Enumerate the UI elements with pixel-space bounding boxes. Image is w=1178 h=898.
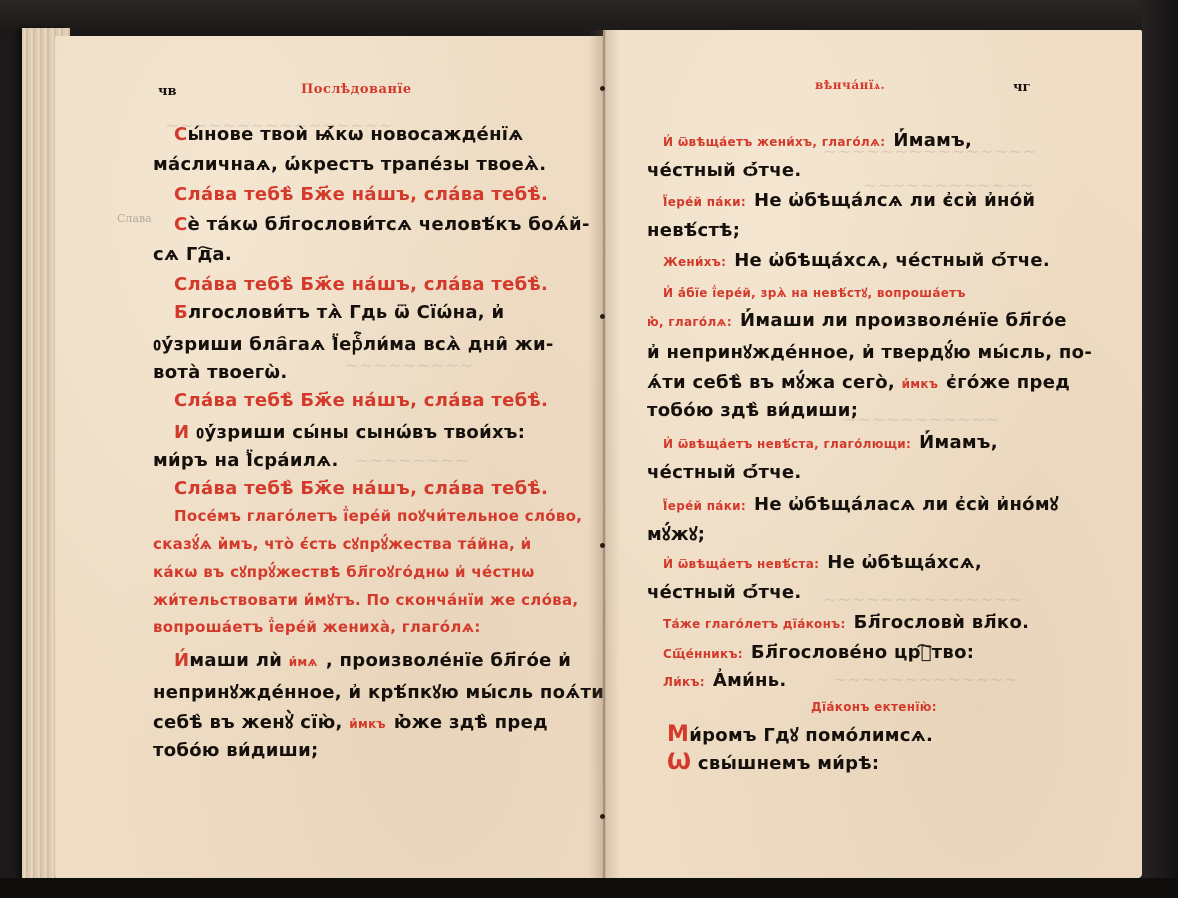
drop-initial: И bbox=[174, 422, 189, 443]
backdrop-bottom bbox=[0, 878, 1178, 898]
text-line: Ї҆ере́й па́ки:Не ѡ҆бѣща́ласѧ ли є҆сѝ и҆н… bbox=[663, 492, 1059, 516]
inline-rubric: Та́же глаго́летъ дїа́конъ: bbox=[663, 617, 846, 631]
text-line: Ми́ромъ Гдꙋ помо́лимсѧ. bbox=[667, 722, 933, 747]
text-line: Ї҆ере́й па́ки:Не ѡ҆бѣща́лсѧ ли є҆сѝ и҆но… bbox=[663, 190, 1035, 211]
bleed-through-margin-note: Слава bbox=[117, 212, 152, 225]
text-line: тобо́ю ви́диши; bbox=[153, 740, 318, 761]
inline-rubric: Ї҆ере́й па́ки: bbox=[663, 499, 746, 513]
text-line: И҆ ѿвѣща́етъ невѣ́ста, глаго́лющи:И҆́мам… bbox=[663, 432, 998, 453]
text-line: непринꙋжде́нное, и҆ крѣ́пкꙋю мы́сль поѧ́… bbox=[153, 680, 604, 704]
text-line: ѧ́ти себѣ̀ въ мꙋ́жа сего̀, и҆́мкъє҆го́же… bbox=[647, 370, 1070, 394]
drop-initial: С bbox=[174, 214, 188, 235]
drop-initial: Ѡ bbox=[667, 750, 691, 775]
text-line: тобо́ю здѣ̀ ви́диши; bbox=[647, 400, 858, 421]
text-line: И́маши лѝ и҆́мѧ, произволе́нїе бл҃го́е и… bbox=[174, 650, 571, 671]
text-line: невѣ́стѣ; bbox=[647, 220, 740, 241]
text-line: Сщ҃е́нникъ:Бл҃гослове́но црⷭ҇тво: bbox=[663, 642, 974, 663]
backdrop-right bbox=[1142, 0, 1178, 898]
book-gutter bbox=[588, 30, 620, 878]
rubric-line: вопроша́етъ ї҆ере́й жениха̀, глаго́лѧ: bbox=[153, 618, 481, 636]
drop-initial: Б bbox=[174, 302, 188, 323]
inline-rubric: и҆́мкъ bbox=[902, 377, 939, 391]
binding-stitch bbox=[600, 814, 605, 819]
binding-stitch bbox=[600, 86, 605, 91]
text-line: ю҆̀, глаго́лѧ:И҆́маши ли произволе́нїе б… bbox=[647, 310, 1067, 331]
rubric-line: сказꙋ́ѧ и҆̀мъ, что̀ є҆́сть сꙋпрꙋ́жества … bbox=[153, 534, 531, 554]
text-line: себѣ̀ въ женꙋ̀ сїю̀, и҆́мкъю҆̀же здѣ̀ пр… bbox=[153, 710, 548, 734]
drop-initial: М bbox=[667, 722, 689, 747]
rubric-line: ка́кѡ въ сꙋпрꙋ́жествѣ бл҃гоꙋго́днѡ и҆ че… bbox=[153, 562, 535, 582]
right-page: вѣнча́нїѧ. чг ~~~~~~~~~~~~~~~ ~~~~~~~~~~… bbox=[603, 30, 1142, 878]
binding-stitch bbox=[600, 314, 605, 319]
inline-rubric: И҆ ѿвѣща́етъ невѣ́ста, глаго́лющи: bbox=[663, 437, 911, 451]
left-running-head: Послѣдованїе bbox=[301, 82, 412, 97]
inline-rubric: Ли́къ: bbox=[663, 675, 705, 689]
inline-rubric: ю҆̀, глаго́лѧ: bbox=[647, 315, 732, 329]
text-line: Сѐ та́кѡ бл҃гослови́тсѧ человѣ́къ боѧ́й- bbox=[174, 214, 590, 235]
text-line: и҆ непринꙋжде́нное, и҆ твердꙋ́ю мы́сль, … bbox=[647, 340, 1092, 364]
text-line: И҆ ѿвѣща́етъ жени́хъ, глаго́лѧ:И҆́мамъ, bbox=[663, 130, 972, 151]
text-line: Ѡ свы́шнемъ ми́рѣ: bbox=[667, 750, 879, 775]
rubric-line: Сла́ва тебѣ̀ Бж҃е на́шъ, сла́ва тебѣ̀. bbox=[174, 184, 548, 205]
rubric-line: И҆ а҆́бїе ї҆ере́й, зрѧ̀ на невѣ́стꙋ, воп… bbox=[663, 284, 966, 301]
left-page: чв Послѣдованїе Слава ~~~~~~~~~~~~~~~~ ~… bbox=[55, 36, 604, 878]
right-folio: чг bbox=[1013, 80, 1030, 95]
text-line: Ли́къ:А҆ми́нь. bbox=[663, 670, 787, 691]
inline-rubric: И҆ ѿвѣща́етъ невѣ́ста: bbox=[663, 557, 819, 571]
left-folio: чв bbox=[158, 84, 177, 99]
text-line: ᲂу҆́зриши бла҄гаѧ Ї҆ерⷭ҇ли́ма всѧ̀ дни̑ … bbox=[153, 332, 554, 356]
inline-rubric: и҆́мѧ bbox=[289, 655, 318, 669]
inline-rubric: Жени́хъ: bbox=[663, 255, 726, 269]
drop-initial: И bbox=[174, 650, 189, 671]
text-line: И҆ ѿвѣща́етъ невѣ́ста:Не ѡ҆бѣща́хсѧ, bbox=[663, 552, 982, 573]
text-line: ма́сличнаѧ, ѡ҆́крестъ трапе́зы твоеѧ̀. bbox=[153, 154, 546, 175]
text-line: Блгослови́тъ тѧ̀ Гдь ѿ Сїѡ́на, и҆ bbox=[174, 302, 504, 323]
text-line: Та́же глаго́летъ дїа́конъ:Бл҃гословѝ вл҃… bbox=[663, 612, 1029, 633]
right-running-head: вѣнча́нїѧ. bbox=[815, 78, 885, 93]
text-line: че́стный ѻ҆́тче. bbox=[647, 160, 802, 181]
text-line: че́стный ѻ҆́тче. bbox=[647, 582, 802, 603]
rubric-line: Сла́ва тебѣ̀ Бж҃е на́шъ, сла́ва тебѣ̀. bbox=[174, 478, 548, 499]
text-line: мꙋ́жꙋ; bbox=[647, 522, 705, 546]
inline-rubric: и҆́мкъ bbox=[349, 717, 386, 731]
drop-initial: С bbox=[174, 124, 188, 145]
text-line: Сы́нове твоѝ ѩ҆́кѡ новосажде́нїѧ bbox=[174, 124, 524, 145]
text-line: че́стный ѻ҆́тче. bbox=[647, 462, 802, 483]
inline-rubric: Ї҆ере́й па́ки: bbox=[663, 195, 746, 209]
rubric-line: Сла́ва тебѣ̀ Бж҃е на́шъ, сла́ва тебѣ̀. bbox=[174, 390, 548, 411]
binding-stitch bbox=[600, 543, 605, 548]
text-line: вота̀ твоегѡ̀. bbox=[153, 362, 288, 383]
rubric-line: Посе́мъ глаго́летъ ї҆ере́й поꙋчи́тельное… bbox=[174, 506, 582, 526]
rubric-line: Сла́ва тебѣ̀ Бж҃е на́шъ, сла́ва тебѣ̀. bbox=[174, 274, 548, 295]
inline-rubric: Сщ҃е́нникъ: bbox=[663, 647, 743, 661]
inline-rubric: И҆ ѿвѣща́етъ жени́хъ, глаго́лѧ: bbox=[663, 135, 885, 149]
rubric-line: жи́тельствовати и҆́мꙋтъ. По сконча́нїи ж… bbox=[153, 590, 578, 610]
text-line: ми́ръ на Ї҆сра́илѧ. bbox=[153, 450, 339, 471]
text-line: Жени́хъ:Не ѡ҆бѣща́хсѧ, че́стный ѻ҆́тче. bbox=[663, 250, 1050, 271]
text-line: И ᲂу҆́зриши сы́ны сынѡ́въ твои́хъ: bbox=[174, 420, 525, 444]
rubric-line: Дїа́конъ ектенїю̀: bbox=[811, 700, 937, 714]
text-line: сѧ Гд҇а. bbox=[153, 244, 232, 265]
